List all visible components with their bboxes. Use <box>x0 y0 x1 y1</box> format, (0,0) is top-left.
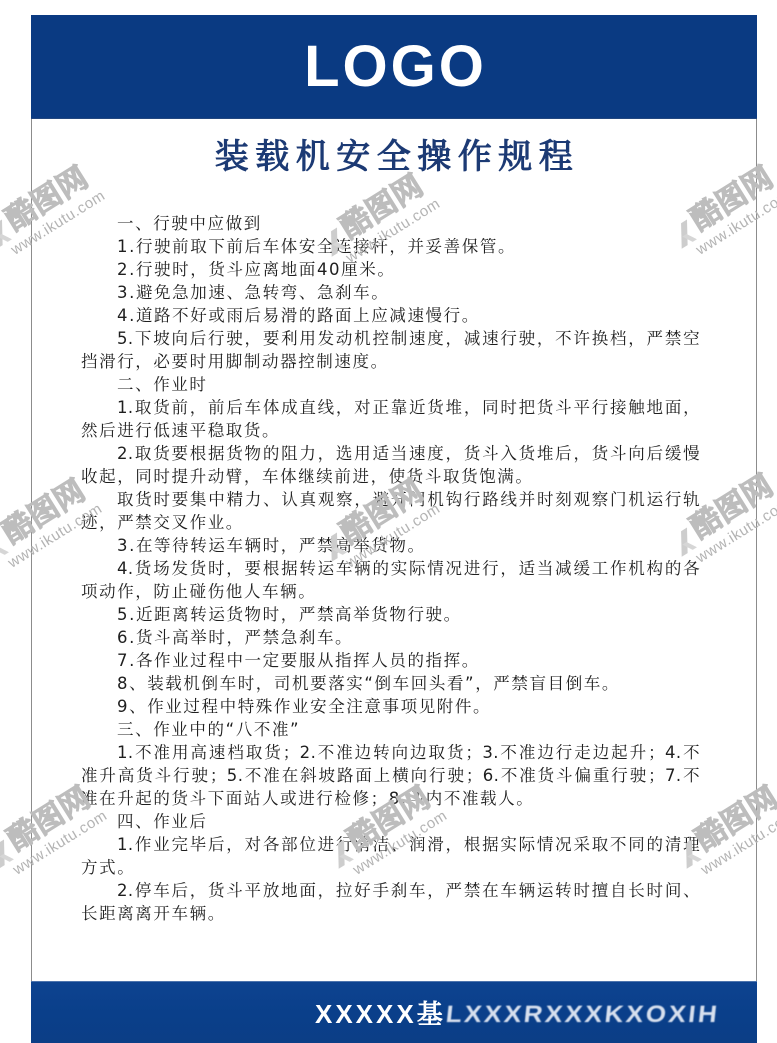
section-heading: 二、作业时 <box>81 373 700 396</box>
panel-border-right <box>756 118 757 981</box>
section-heading: 三、作业中的“八不准” <box>81 718 700 741</box>
list-item: 取货时要集中精力、认真观察，避开门机钩行路线并时刻观察门机运行轨 <box>81 488 700 511</box>
list-item: 4.道路不好或雨后易滑的路面上应减速慢行。 <box>81 304 700 327</box>
list-item-continuation: 长距离离开车辆。 <box>81 902 700 925</box>
list-item: 6.货斗高举时，严禁急刹车。 <box>81 626 700 649</box>
list-item-continuation: 方式。 <box>81 856 700 879</box>
footer-company-garbled: LXXXRXXXKXOXIH <box>444 1000 720 1028</box>
list-item: 9、作业过程中特殊作业安全注意事项见附件。 <box>81 695 700 718</box>
list-item: 1.行驶前取下前后车体安全连接杆，并妥善保管。 <box>81 235 700 258</box>
list-item: 3.在等待转运车辆时，严禁高举货物。 <box>81 534 700 557</box>
list-item-continuation: 挡滑行，必要时用脚制动器控制速度。 <box>81 350 700 373</box>
logo: LOGO <box>301 38 487 96</box>
list-item-continuation: 项动作，防止碰伤他人车辆。 <box>81 580 700 603</box>
header-banner: LOGO <box>31 15 757 119</box>
watermark-brand: 酷图网 <box>690 781 777 858</box>
list-item: 2.行驶时，货斗应离地面40厘米。 <box>81 258 700 281</box>
list-item: 2.取货要根据货物的阻力，选用适当速度，货斗入货堆后，货斗向后缓慢 <box>81 442 700 465</box>
footer-company-name: XXXXX基LXXXRXXXKXOXIH <box>315 999 719 1029</box>
list-item-continuation: 收起，同时提升动臂，车体继续前进，使货斗取货饱满。 <box>81 465 700 488</box>
list-item: 5.近距离转运货物时，严禁高举货物行驶。 <box>81 603 700 626</box>
list-item: 8、装载机倒车时，司机要落实“倒车回头看”，严禁盲目倒车。 <box>81 672 700 695</box>
list-item: 5.下坡向后行驶，要利用发动机控制速度，减速行驶，不许换档，严禁空 <box>81 327 700 350</box>
footer-company-readable: XXXXX基 <box>315 999 446 1029</box>
list-item-continuation: 然后进行低速平稳取货。 <box>81 419 700 442</box>
list-item: 3.避免急加速、急转弯、急刹车。 <box>81 281 700 304</box>
section-heading: 一、行驶中应做到 <box>81 212 700 235</box>
list-item: 1.不准用高速档取货；2.不准边转向边取货；3.不准边行走边起升；4.不 <box>81 741 700 764</box>
list-item: 1.作业完毕后，对各部位进行清洁、润滑，根据实际情况采取不同的清理 <box>81 833 700 856</box>
ikutu-logo-icon <box>0 833 18 871</box>
list-item-continuation: 准在升起的货斗下面站人或进行检修；8.斗内不准载人。 <box>81 787 700 810</box>
list-item: 4.货场发货时，要根据转运车辆的实际情况进行，适当减缓工作机构的各 <box>81 557 700 580</box>
list-item: 7.各作业过程中一定要服从指挥人员的指挥。 <box>81 649 700 672</box>
panel-border-left <box>31 118 32 981</box>
list-item-continuation: 迹，严禁交叉作业。 <box>81 511 700 534</box>
page-title: 装载机安全操作规程 <box>31 136 757 178</box>
ikutu-logo-icon <box>0 526 13 564</box>
watermark-brand: 酷图网 <box>0 474 91 551</box>
ikutu-logo-icon <box>0 213 16 251</box>
section-heading: 四、作业后 <box>81 810 700 833</box>
list-item-continuation: 准升高货斗行驶；5.不准在斜坡路面上横向行驶；6.不准货斗偏重行驶；7.不 <box>81 764 700 787</box>
footer-banner: XXXXX基LXXXRXXXKXOXIH <box>31 981 757 1043</box>
regulations-body: 一、行驶中应做到 1.行驶前取下前后车体安全连接杆，并妥善保管。 2.行驶时，货… <box>81 212 700 925</box>
list-item: 1.取货前，前后车体成直线，对正靠近货堆，同时把货斗平行接触地面， <box>81 396 700 419</box>
list-item: 2.停车后，货斗平放地面，拉好手刹车，严禁在车辆运转时擅自长时间、 <box>81 879 700 902</box>
